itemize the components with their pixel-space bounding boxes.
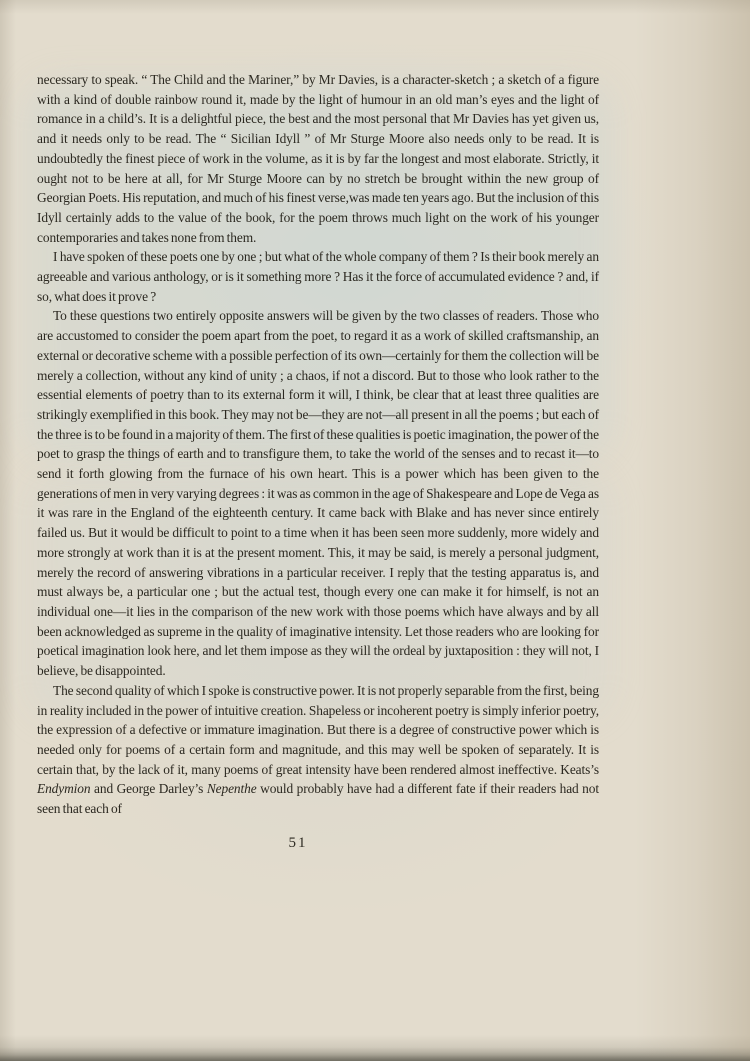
paragraph: To these questions two entirely opposite… [37,306,599,680]
text-run: and George Darley’s [91,781,207,796]
italic-text-run: Nepenthe [207,781,257,796]
italic-text-run: Endymion [37,781,91,796]
text-run: The second quality of which I spoke is c… [37,683,599,777]
text-block: necessary to speak. “ The Child and the … [37,70,599,853]
paragraph: necessary to speak. “ The Child and the … [37,70,599,247]
text-run: I have spoken of these poets one by one … [37,249,599,303]
paragraph: I have spoken of these poets one by one … [37,247,599,306]
page-bottom-edge-shadow [0,1047,750,1061]
paragraph: The second quality of which I spoke is c… [37,681,599,819]
page-number: 51 [17,834,579,854]
text-run: To these questions two entirely opposite… [37,308,599,678]
text-run: necessary to speak. “ The Child and the … [37,72,599,245]
scanned-book-page: necessary to speak. “ The Child and the … [0,0,750,1061]
